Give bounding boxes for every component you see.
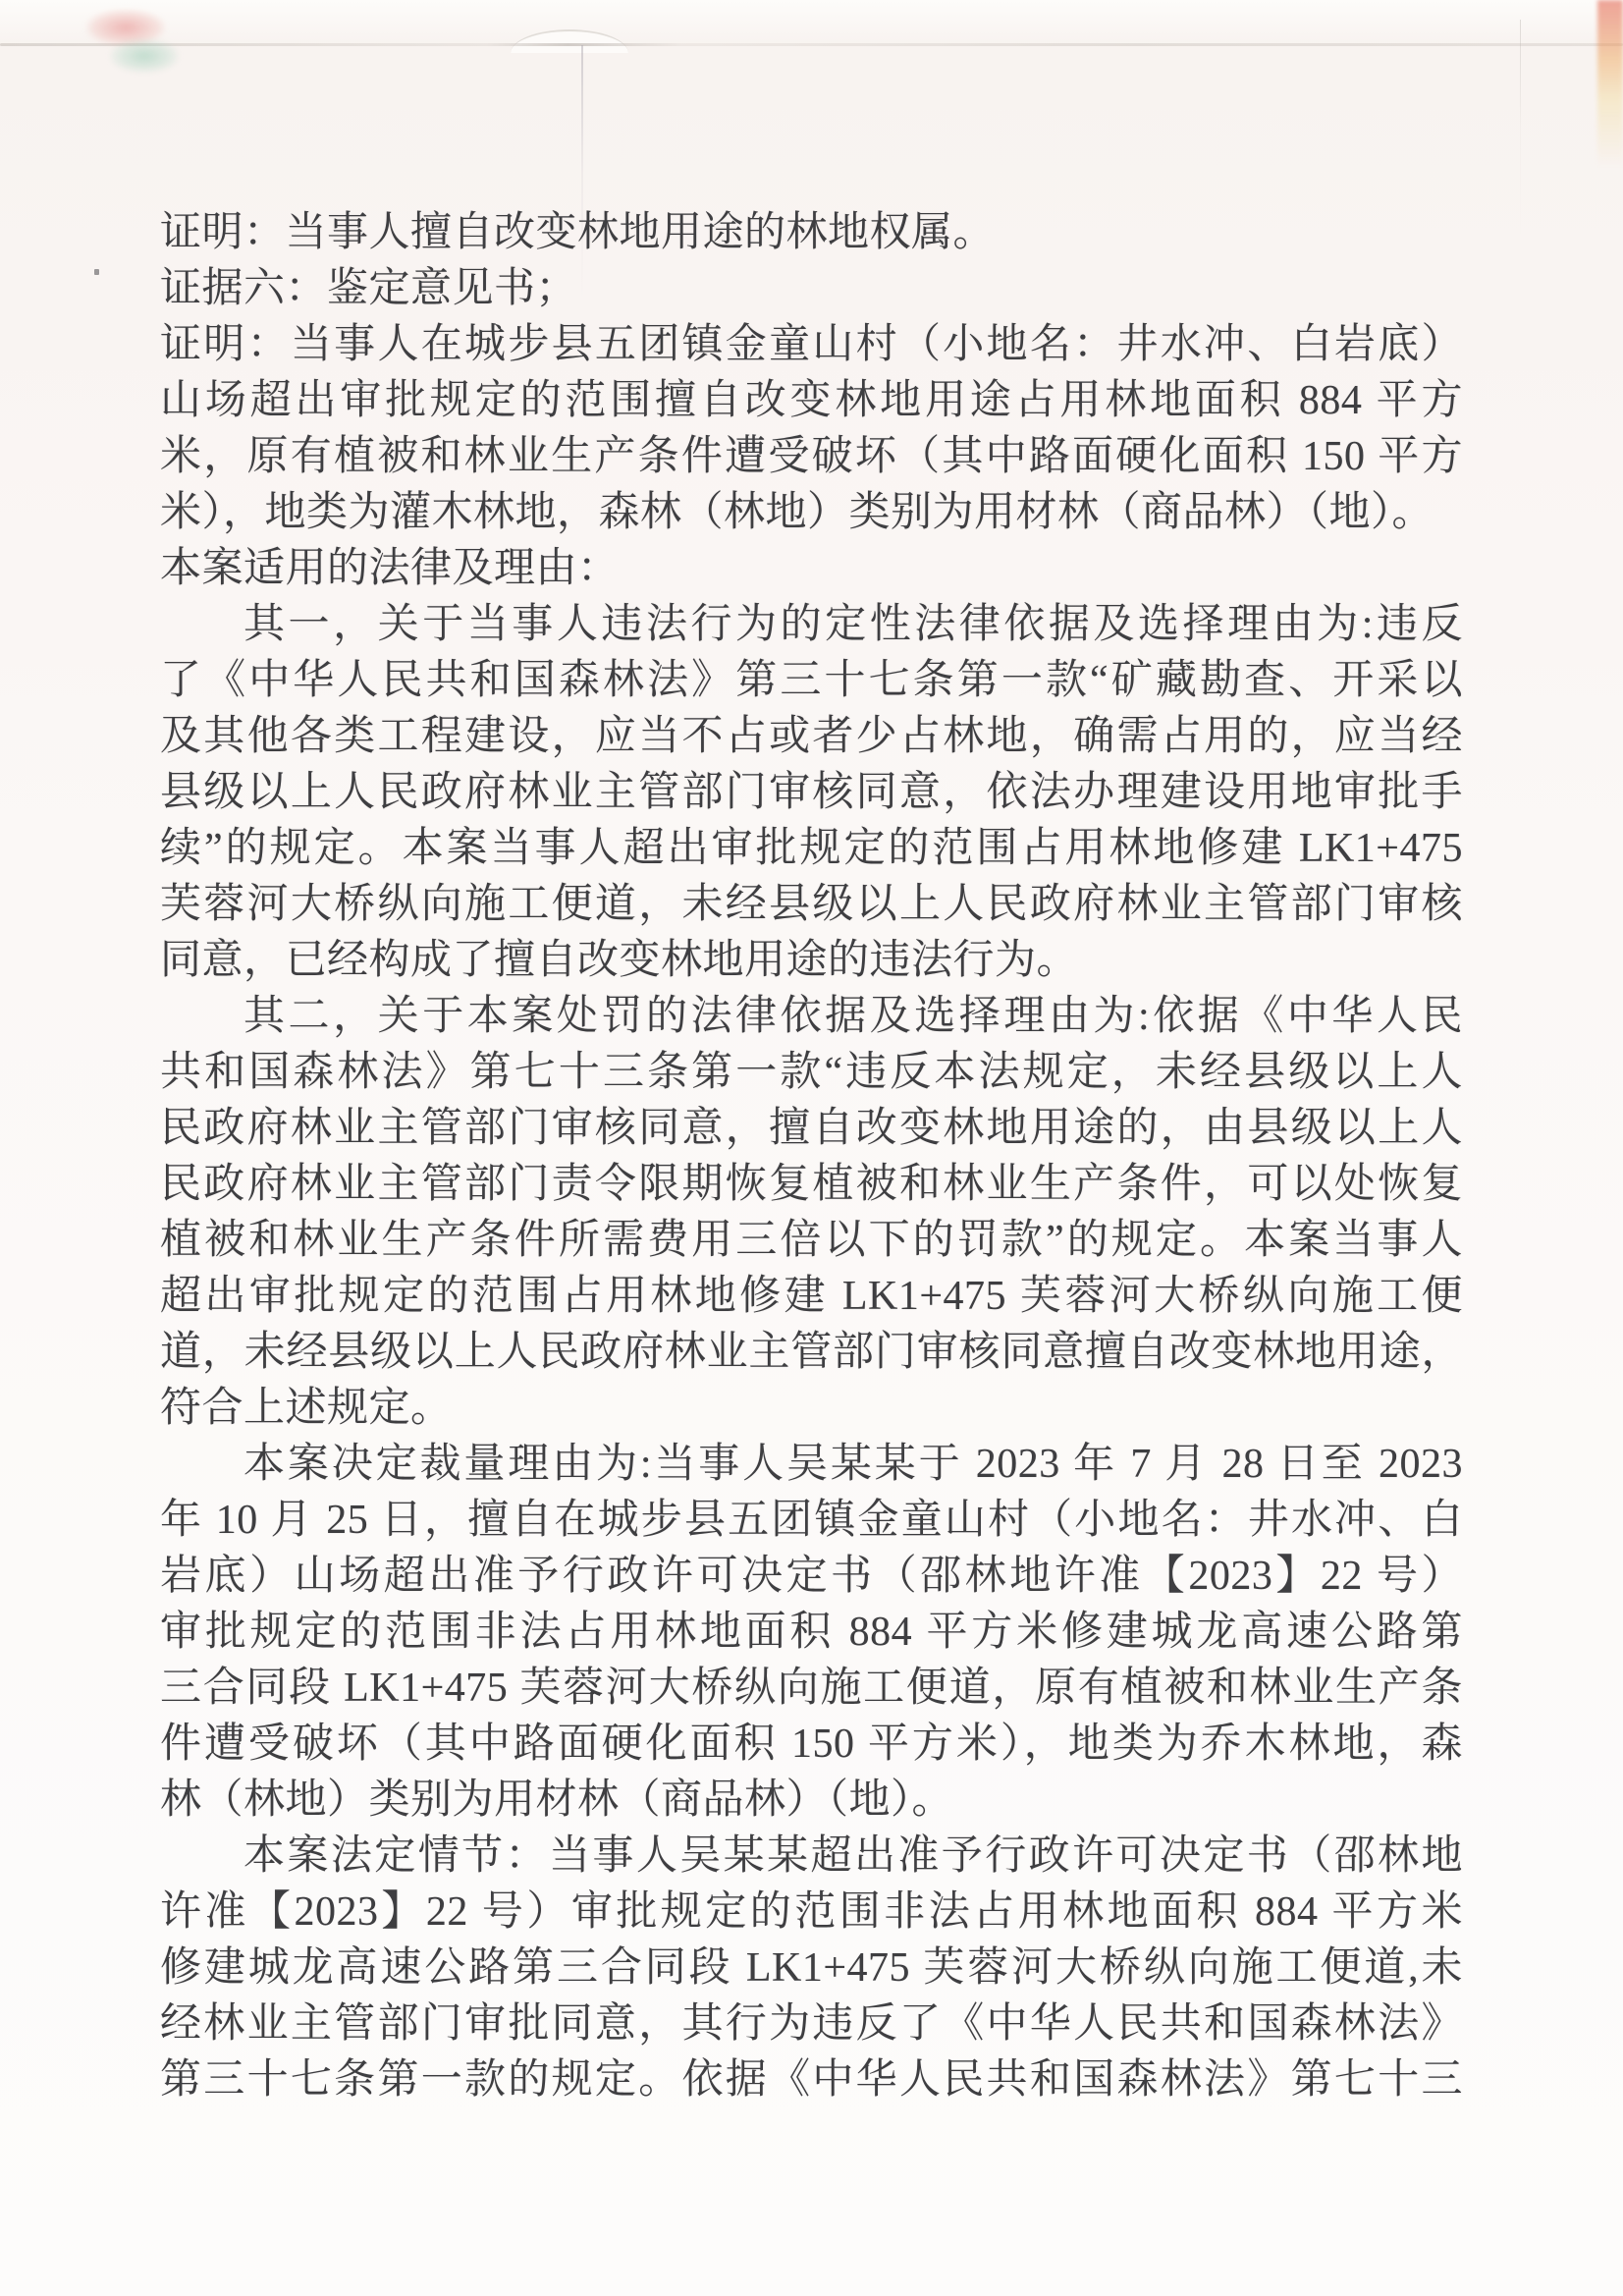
- text-line: 其一，关于当事人违法行为的定性法律依据及选择理由为:违反: [160, 597, 1463, 653]
- text-line: 本案法定情节：当事人吴某某超出准予行政许可决定书（邵林地: [160, 1829, 1463, 1885]
- text-line: 民政府林业主管部门审核同意，擅自改变林地用途的，由县级以上人: [160, 1101, 1463, 1157]
- text-line: 林（林地）类别为用材林（商品林）（地）。: [160, 1773, 1463, 1829]
- text-line: 县级以上人民政府林业主管部门审核同意，依法办理建设用地审批手: [160, 765, 1463, 821]
- text-line: 芙蓉河大桥纵向施工便道，未经县级以上人民政府林业主管部门审核: [160, 877, 1463, 933]
- text-line: 共和国森林法》第七十三条第一款“违反本法规定，未经县级以上人: [160, 1045, 1463, 1101]
- text-line: 年 10 月 25 日，擅自在城步县五团镇金童山村（小地名：井水冲、白: [160, 1493, 1463, 1549]
- text-line: 岩底）山场超出准予行政许可决定书（邵林地许准【2023】22 号）: [160, 1549, 1463, 1605]
- scan-artifact-green-smudge: [110, 39, 179, 73]
- text-line: 民政府林业主管部门责令限期恢复植被和林业生产条件，可以处恢复: [160, 1157, 1463, 1213]
- text-line: 其二，关于本案处罚的法律依据及选择理由为:依据《中华人民: [160, 989, 1463, 1045]
- text-line: 件遭受破坏（其中路面硬化面积 150 平方米），地类为乔木林地，森: [160, 1717, 1463, 1773]
- text-line: 本案决定裁量理由为:当事人吴某某于 2023 年 7 月 28 日至 2023: [160, 1437, 1463, 1493]
- text-line: 米），地类为灌木林地，森林（林地）类别为用材林（商品林）（地）。: [160, 485, 1463, 541]
- text-line: 第三十七条第一款的规定。依据《中华人民共和国森林法》第七十三: [160, 2052, 1463, 2108]
- text-line: 审批规定的范围非法占用林地面积 884 平方米修建城龙高速公路第: [160, 1605, 1463, 1661]
- scan-artifact-right-edge-streak: [1597, 0, 1623, 167]
- document-body: 证明：当事人擅自改变林地用途的林地权属。证据六：鉴定意见书；证明：当事人在城步县…: [160, 205, 1463, 2108]
- text-line: 证明：当事人在城步县五团镇金童山村（小地名：井水冲、白岩底）: [160, 317, 1463, 373]
- text-line: 本案适用的法律及理由：: [160, 541, 1463, 597]
- scan-speck: [94, 269, 99, 275]
- text-line: 证据六：鉴定意见书；: [160, 261, 1463, 317]
- text-line: 超出审批规定的范围占用林地修建 LK1+475 芙蓉河大桥纵向施工便: [160, 1269, 1463, 1325]
- text-line: 许准【2023】22 号）审批规定的范围非法占用林地面积 884 平方米: [160, 1885, 1463, 1941]
- scanned-document-page: 证明：当事人擅自改变林地用途的林地权属。证据六：鉴定意见书；证明：当事人在城步县…: [0, 0, 1623, 2296]
- text-line: 山场超出审批规定的范围擅自改变林地用途占用林地面积 884 平方: [160, 373, 1463, 429]
- text-line: 修建城龙高速公路第三合同段 LK1+475 芙蓉河大桥纵向施工便道,未: [160, 1941, 1463, 1996]
- text-line: 续”的规定。本案当事人超出审批规定的范围占用林地修建 LK1+475: [160, 821, 1463, 877]
- text-line: 道，未经县级以上人民政府林业主管部门审核同意擅自改变林地用途，: [160, 1325, 1463, 1381]
- paper-edge: [0, 43, 1623, 46]
- text-line: 同意，已经构成了擅自改变林地用途的违法行为。: [160, 933, 1463, 989]
- paper-crease-right: [1520, 20, 1521, 236]
- paper-edge-bump: [511, 29, 628, 53]
- text-line: 了《中华人民共和国森林法》第三十七条第一款“矿藏勘查、开采以: [160, 653, 1463, 709]
- text-line: 符合上述规定。: [160, 1381, 1463, 1437]
- text-line: 米，原有植被和林业生产条件遭受破坏（其中路面硬化面积 150 平方: [160, 429, 1463, 485]
- text-line: 经林业主管部门审批同意，其行为违反了《中华人民共和国森林法》: [160, 1996, 1463, 2052]
- text-line: 三合同段 LK1+475 芙蓉河大桥纵向施工便道，原有植被和林业生产条: [160, 1661, 1463, 1717]
- text-line: 及其他各类工程建设，应当不占或者少占林地，确需占用的，应当经: [160, 709, 1463, 765]
- text-line: 植被和林业生产条件所需费用三倍以下的罚款”的规定。本案当事人: [160, 1213, 1463, 1269]
- text-line: 证明：当事人擅自改变林地用途的林地权属。: [160, 205, 1463, 261]
